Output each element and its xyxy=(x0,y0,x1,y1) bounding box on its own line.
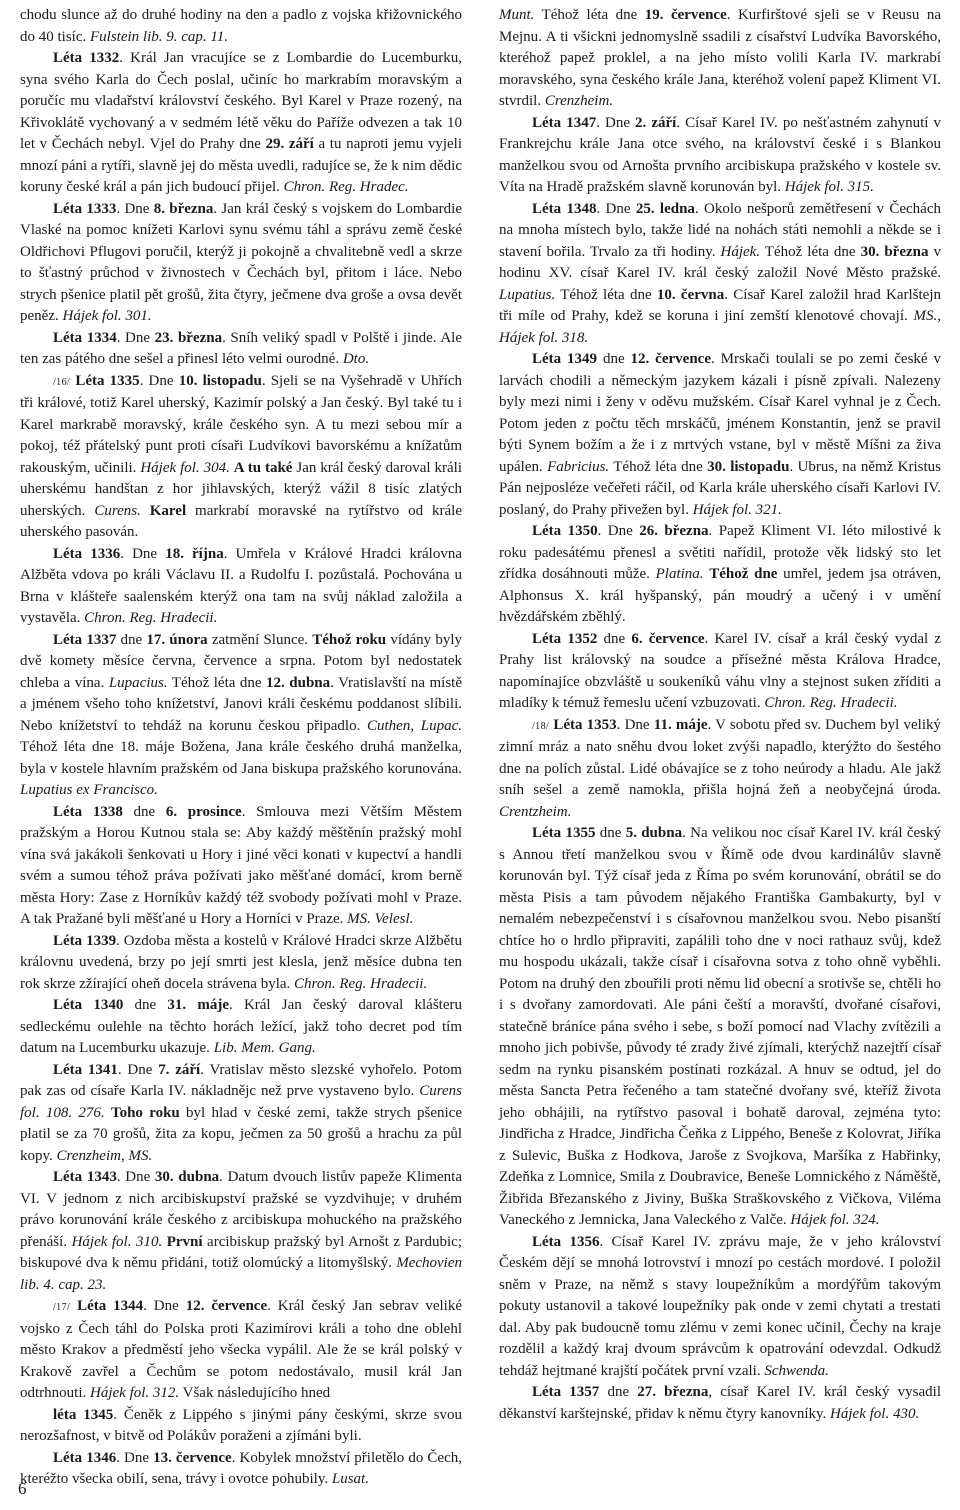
paragraph: Léta 1346. Dne 13. července. Kobylek mno… xyxy=(20,1448,462,1491)
body-text: . Císař Karel IV. zprávu maje, že v jeho… xyxy=(499,1234,941,1379)
body-text: . Dne xyxy=(617,717,654,733)
date-emphasis: 30. dubna xyxy=(155,1169,219,1185)
date-emphasis: Téhož dne xyxy=(709,566,777,582)
folio-marker: /16/ xyxy=(53,377,70,388)
body-text: . Jan král český s vojskem do Lombardie … xyxy=(20,201,462,325)
citation-text: Chron. Reg. Hradecii. xyxy=(764,695,897,711)
citation-text: Lib. Mem. Gang. xyxy=(214,1040,316,1056)
date-emphasis: Léta 1333 xyxy=(53,201,116,217)
citation-text: Crenzheim, MS. xyxy=(57,1148,153,1164)
date-emphasis: Léta 1347 xyxy=(532,115,596,131)
body-text: Však následujícího hned xyxy=(179,1385,330,1401)
citation-text: MS. Velesl. xyxy=(347,911,413,927)
citation-text: Hájek fol. 321. xyxy=(693,502,782,518)
body-text: dne xyxy=(599,1384,637,1400)
citation-text: Hájek fol. 315. xyxy=(785,179,874,195)
date-emphasis: Léta 1357 xyxy=(532,1384,599,1400)
date-emphasis: 10. června xyxy=(657,287,724,303)
date-emphasis: Téhož roku xyxy=(312,632,386,648)
body-text: . Smlouva mezi Větším Městem pražským a … xyxy=(20,804,462,928)
paragraph: Léta 1355 dne 5. dubna. Na velikou noc c… xyxy=(499,823,941,1232)
folio-marker: /17/ xyxy=(53,1302,70,1313)
body-text: Téhož léta dne xyxy=(609,459,707,475)
body-text: dne xyxy=(116,632,146,648)
citation-text: Curens. xyxy=(94,503,141,519)
folio-marker: /18/ xyxy=(532,721,549,732)
date-emphasis: Léta 1338 xyxy=(53,804,123,820)
citation-text: Platina. xyxy=(656,566,704,582)
paragraph: Munt. Téhož léta dne 19. července. Kurfi… xyxy=(499,5,941,113)
body-text: . Dne xyxy=(116,201,153,217)
date-emphasis: Karel xyxy=(150,503,186,519)
paragraph: Léta 1348. Dne 25. ledna. Okolo nešporů … xyxy=(499,199,941,350)
paragraph: Léta 1332. Král Jan vracujíce se z Lomba… xyxy=(20,48,462,199)
date-emphasis: 17. února xyxy=(146,632,207,648)
body-text: Téhož léta dne xyxy=(534,7,644,23)
date-emphasis: 8. března xyxy=(154,201,214,217)
paragraph: Léta 1349 dne 12. července. Mrskači toul… xyxy=(499,349,941,521)
date-emphasis: 7. září xyxy=(158,1062,200,1078)
paragraph: Léta 1339. Ozdoba města a kostelů v Král… xyxy=(20,931,462,996)
date-emphasis: Léta 1336 xyxy=(53,546,120,562)
book-page: { "page": { "page_number": "6", "colors"… xyxy=(0,0,960,1510)
body-text: . Dne xyxy=(118,1062,158,1078)
date-emphasis: Léta 1355 xyxy=(532,825,595,841)
date-emphasis: Léta 1343 xyxy=(53,1169,117,1185)
citation-text: Lupacius. xyxy=(109,675,168,691)
body-text: chodu slunce až do druhé hodiny na den a… xyxy=(20,7,462,45)
citation-text: Chron. Reg. Hradecii. xyxy=(84,610,217,626)
citation-text: Hájek fol. 310. xyxy=(72,1234,163,1250)
paragraph: Léta 1333. Dne 8. března. Jan král český… xyxy=(20,199,462,328)
paragraph: Léta 1334. Dne 23. března. Sníh veliký s… xyxy=(20,328,462,371)
paragraph: léta 1345. Čeněk z Lippého s jinými pány… xyxy=(20,1405,462,1448)
citation-text: Hájek fol. 324. xyxy=(790,1212,879,1228)
citation-text: Hájek fol. 430. xyxy=(830,1406,919,1422)
body-text: . Mrskači toulali se po zemi české v lar… xyxy=(499,351,941,475)
body-text: dne xyxy=(123,804,166,820)
body-text: . Dne xyxy=(117,330,155,346)
citation-text: Hájek fol. 301. xyxy=(62,308,151,324)
body-text: dne xyxy=(597,631,631,647)
citation-text: Crentzheim. xyxy=(499,804,571,820)
paragraph: Léta 1336. Dne 18. října. Umřela v Králo… xyxy=(20,544,462,630)
date-emphasis: 31. máje xyxy=(167,997,229,1013)
body-text: . Dne xyxy=(117,1169,155,1185)
date-emphasis: Léta 1335 xyxy=(75,373,139,389)
page-number: 6 xyxy=(18,1478,27,1500)
body-text: . Dne xyxy=(143,1298,186,1314)
date-emphasis: První xyxy=(167,1234,203,1250)
citation-text: Fulstein lib. 9. cap. 11. xyxy=(90,29,228,45)
date-emphasis: 2. září xyxy=(635,115,676,131)
date-emphasis: 6. prosince xyxy=(166,804,242,820)
paragraph: Léta 1343. Dne 30. dubna. Datum dvouch l… xyxy=(20,1167,462,1296)
date-emphasis: Léta 1340 xyxy=(53,997,123,1013)
date-emphasis: Léta 1344 xyxy=(77,1298,143,1314)
body-text: dne xyxy=(123,997,167,1013)
citation-text: Fabricius. xyxy=(547,459,609,475)
text-column-left: chodu slunce až do druhé hodiny na den a… xyxy=(20,5,462,1491)
date-emphasis: Léta 1350 xyxy=(532,523,598,539)
citation-text: Hájek. xyxy=(721,244,761,260)
date-emphasis: Léta 1356 xyxy=(532,1234,599,1250)
citation-text: Lusat. xyxy=(332,1471,369,1487)
paragraph: Léta 1337 dne 17. února zatmění Slunce. … xyxy=(20,630,462,802)
paragraph: Léta 1356. Císař Karel IV. zprávu maje, … xyxy=(499,1232,941,1383)
date-emphasis: Léta 1337 xyxy=(53,632,116,648)
paragraph: Léta 1357 dne 27. března, císař Karel IV… xyxy=(499,1382,941,1425)
body-text: dne xyxy=(595,825,625,841)
date-emphasis: 5. dubna xyxy=(626,825,682,841)
date-emphasis: Toho roku xyxy=(111,1105,180,1121)
citation-text: Chron. Reg. Hradecii. xyxy=(294,976,427,992)
date-emphasis: 26. března xyxy=(639,523,708,539)
body-text xyxy=(141,503,150,519)
date-emphasis: 12. července xyxy=(631,351,711,367)
date-emphasis: léta 1345 xyxy=(53,1407,113,1423)
citation-text: Lupatius ex Francisco. xyxy=(20,782,158,798)
date-emphasis: 30. listopadu xyxy=(707,459,789,475)
body-text: Téhož léta dne 18. máje Božena, Jana krá… xyxy=(20,739,462,777)
citation-text: Crenzheim. xyxy=(545,93,613,109)
date-emphasis: 23. března xyxy=(155,330,222,346)
date-emphasis: 13. července xyxy=(153,1450,232,1466)
citation-text: Cuthen, Lupac. xyxy=(367,718,462,734)
citation-text: Chron. Reg. Hradec. xyxy=(284,179,409,195)
date-emphasis: Léta 1352 xyxy=(532,631,597,647)
body-text: . Dne xyxy=(598,523,640,539)
paragraph: /18/ Léta 1353. Dne 11. máje. V sobotu p… xyxy=(499,715,941,824)
body-text: . Dne xyxy=(120,546,165,562)
two-column-text-page: chodu slunce až do druhé hodiny na den a… xyxy=(0,0,960,1491)
body-text: . Na velikou noc císař Karel IV. král če… xyxy=(499,825,941,1228)
citation-text: Hájek fol. 304. xyxy=(140,460,230,476)
body-text: . Dne xyxy=(140,373,179,389)
date-emphasis: 12. července xyxy=(186,1298,267,1314)
date-emphasis: 29. září xyxy=(265,136,313,152)
date-emphasis: 30. března xyxy=(861,244,929,260)
date-emphasis: Léta 1348 xyxy=(532,201,596,217)
paragraph: Léta 1347. Dne 2. září. Císař Karel IV. … xyxy=(499,113,941,199)
date-emphasis: 25. ledna xyxy=(636,201,695,217)
body-text: . Dne xyxy=(596,201,635,217)
citation-text: Dto. xyxy=(343,351,369,367)
citation-text: Munt. xyxy=(499,7,534,23)
date-emphasis: Léta 1346 xyxy=(53,1450,116,1466)
date-emphasis: Léta 1341 xyxy=(53,1062,118,1078)
date-emphasis: 6. července xyxy=(631,631,704,647)
date-emphasis: 12. dubna xyxy=(266,675,330,691)
date-emphasis: 11. máje xyxy=(654,717,708,733)
body-text: dne xyxy=(597,351,630,367)
paragraph: Léta 1341. Dne 7. září. Vratislav město … xyxy=(20,1060,462,1168)
date-emphasis: Léta 1339 xyxy=(53,933,116,949)
paragraph: Léta 1352 dne 6. července. Karel IV. cís… xyxy=(499,629,941,715)
body-text: zatmění Slunce. xyxy=(208,632,313,648)
paragraph: Léta 1340 dne 31. máje. Král Jan český d… xyxy=(20,995,462,1060)
body-text: Téhož léta dne xyxy=(168,675,266,691)
citation-text: Lupatius. xyxy=(499,287,555,303)
date-emphasis: Léta 1349 xyxy=(532,351,597,367)
text-column-right: Munt. Téhož léta dne 19. července. Kurfi… xyxy=(499,5,941,1491)
date-emphasis: 19. července xyxy=(645,7,727,23)
date-emphasis: Léta 1332 xyxy=(53,50,119,66)
paragraph: Léta 1350. Dne 26. března. Papež Kliment… xyxy=(499,521,941,629)
body-text: Téhož léta dne xyxy=(555,287,657,303)
paragraph: /17/ Léta 1344. Dne 12. července. Král č… xyxy=(20,1296,462,1405)
date-emphasis: A tu také xyxy=(234,460,293,476)
citation-text: Hájek fol. 312. xyxy=(90,1385,179,1401)
paragraph: Léta 1338 dne 6. prosince. Smlouva mezi … xyxy=(20,802,462,931)
citation-text: Schwenda. xyxy=(764,1363,829,1379)
body-text: Téhož léta dne xyxy=(760,244,861,260)
date-emphasis: Léta 1353 xyxy=(553,717,616,733)
body-text: . Dne xyxy=(116,1450,153,1466)
paragraph: chodu slunce až do druhé hodiny na den a… xyxy=(20,5,462,48)
paragraph: /16/ Léta 1335. Dne 10. listopadu. Sjeli… xyxy=(20,371,462,544)
date-emphasis: 18. října xyxy=(165,546,224,562)
date-emphasis: Léta 1334 xyxy=(53,330,117,346)
body-text: . Dne xyxy=(596,115,635,131)
date-emphasis: 27. března xyxy=(637,1384,708,1400)
date-emphasis: 10. listopadu xyxy=(179,373,262,389)
